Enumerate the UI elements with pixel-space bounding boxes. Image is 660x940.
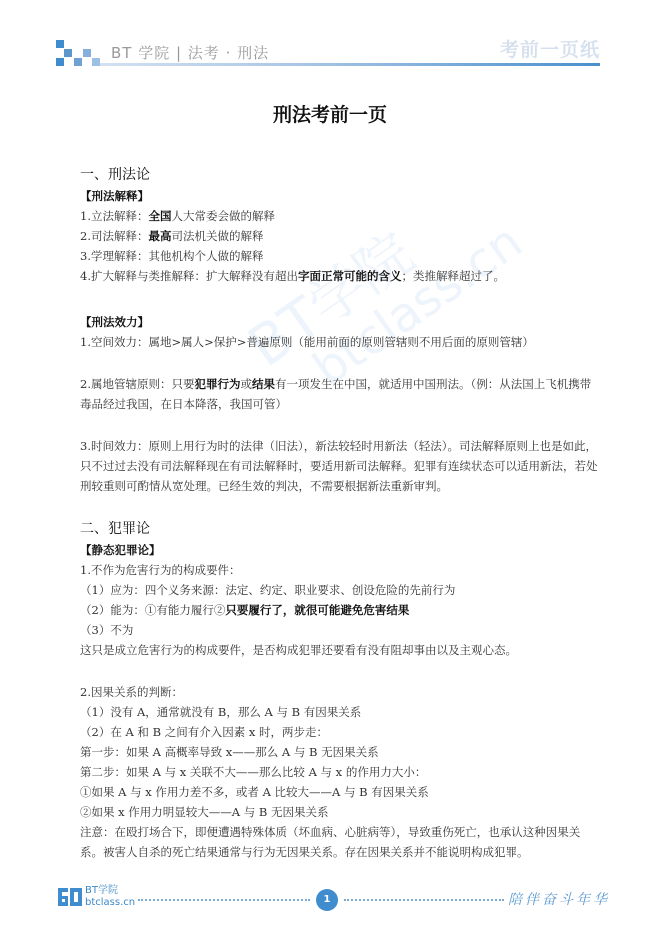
section-heading: 一、刑法论 <box>80 164 600 186</box>
footer-brand-name: BT学院 <box>85 885 135 897</box>
section-heading: 二、犯罪论 <box>80 518 600 540</box>
header-right-title: 考前一页纸 <box>500 35 600 62</box>
list-item: 4.扩大解释与类推解释：扩大解释没有超出字面正常可能的含义；类推解释超过了。 <box>80 266 600 286</box>
list-item: 2.司法解释：最高司法机关做的解释 <box>80 226 600 246</box>
subsection-heading: 【刑法效力】 <box>80 312 600 332</box>
footer-brand: BT学院 btclass.cn <box>85 885 135 909</box>
list-item: 1.不作为危害行为的构成要件： <box>80 560 600 580</box>
list-item: （2）能为：①有能力履行②只要履行了，就很可能避免危害结果 <box>80 600 600 620</box>
document-content: 一、刑法论 【刑法解释】 1.立法解释：全国人大常委会做的解释 2.司法解释：最… <box>80 160 600 862</box>
footer-slogan: 陪伴奋斗年华 <box>508 889 610 909</box>
list-item: 第二步：如果 A 与 x 关联不大——那么比较 A 与 x 的作用力大小： <box>80 762 600 782</box>
list-item: 第一步：如果 A 高概率导致 x——那么 A 与 B 无因果关系 <box>80 742 600 762</box>
bt-logo-icon <box>57 886 83 908</box>
page-number-badge: 1 <box>316 889 338 911</box>
list-item: 1.立法解释：全国人大常委会做的解释 <box>80 206 600 226</box>
list-item: （1）应为：四个义务来源：法定、约定、职业要求、创设危险的先前行为 <box>80 580 600 600</box>
document-title: 刑法考前一页 <box>0 100 660 127</box>
page-header: BT 学院 | 法考 · 刑法 考前一页纸 <box>0 0 660 80</box>
subsection-heading: 【静态犯罪论】 <box>80 540 600 560</box>
header-brand-title: BT 学院 | 法考 · 刑法 <box>111 42 269 63</box>
list-item: 1.空间效力：属地>属人>保护>普遍原则（能用前面的原则管辖则不用后面的原则管辖… <box>80 332 600 352</box>
list-item: 这只是成立危害行为的构成要件，是否构成犯罪还要看有没有阻却事由以及主观心态。 <box>80 640 600 660</box>
page-footer: BT学院 btclass.cn 1 陪伴奋斗年华 <box>0 875 660 925</box>
list-item: （1）没有 A，通常就没有 B，那么 A 与 B 有因果关系 <box>80 702 600 722</box>
footer-brand-url: btclass.cn <box>85 897 135 909</box>
list-item: 注意：在殴打场合下，即便遭遇特殊体质（坏血病、心脏病等），导致重伤死亡，也承认这… <box>80 822 600 862</box>
list-item: 2.因果关系的判断： <box>80 682 600 702</box>
brand-logo-icon <box>56 40 102 67</box>
list-item: ①如果 A 与 x 作用力差不多，或者 A 比较大——A 与 B 有因果关系 <box>80 782 600 802</box>
list-item: 3.时间效力：原则上用行为时的法律（旧法），新法较轻时用新法（轻法）。司法解释原… <box>80 436 600 496</box>
header-divider <box>100 63 600 66</box>
list-item: 3.学理解释：其他机构个人做的解释 <box>80 246 600 266</box>
subsection-heading: 【刑法解释】 <box>80 186 600 206</box>
footer-dotted-line <box>344 899 504 901</box>
list-item: 2.属地管辖原则：只要犯罪行为或结果有一项发生在中国，就适用中国刑法。（例：从法… <box>80 374 600 414</box>
list-item: （3）不为 <box>80 620 600 640</box>
footer-dotted-line <box>138 899 310 901</box>
list-item: ②如果 x 作用力明显较大——A 与 B 无因果关系 <box>80 802 600 822</box>
list-item: （2）在 A 和 B 之间有介入因素 x 时，两步走： <box>80 722 600 742</box>
